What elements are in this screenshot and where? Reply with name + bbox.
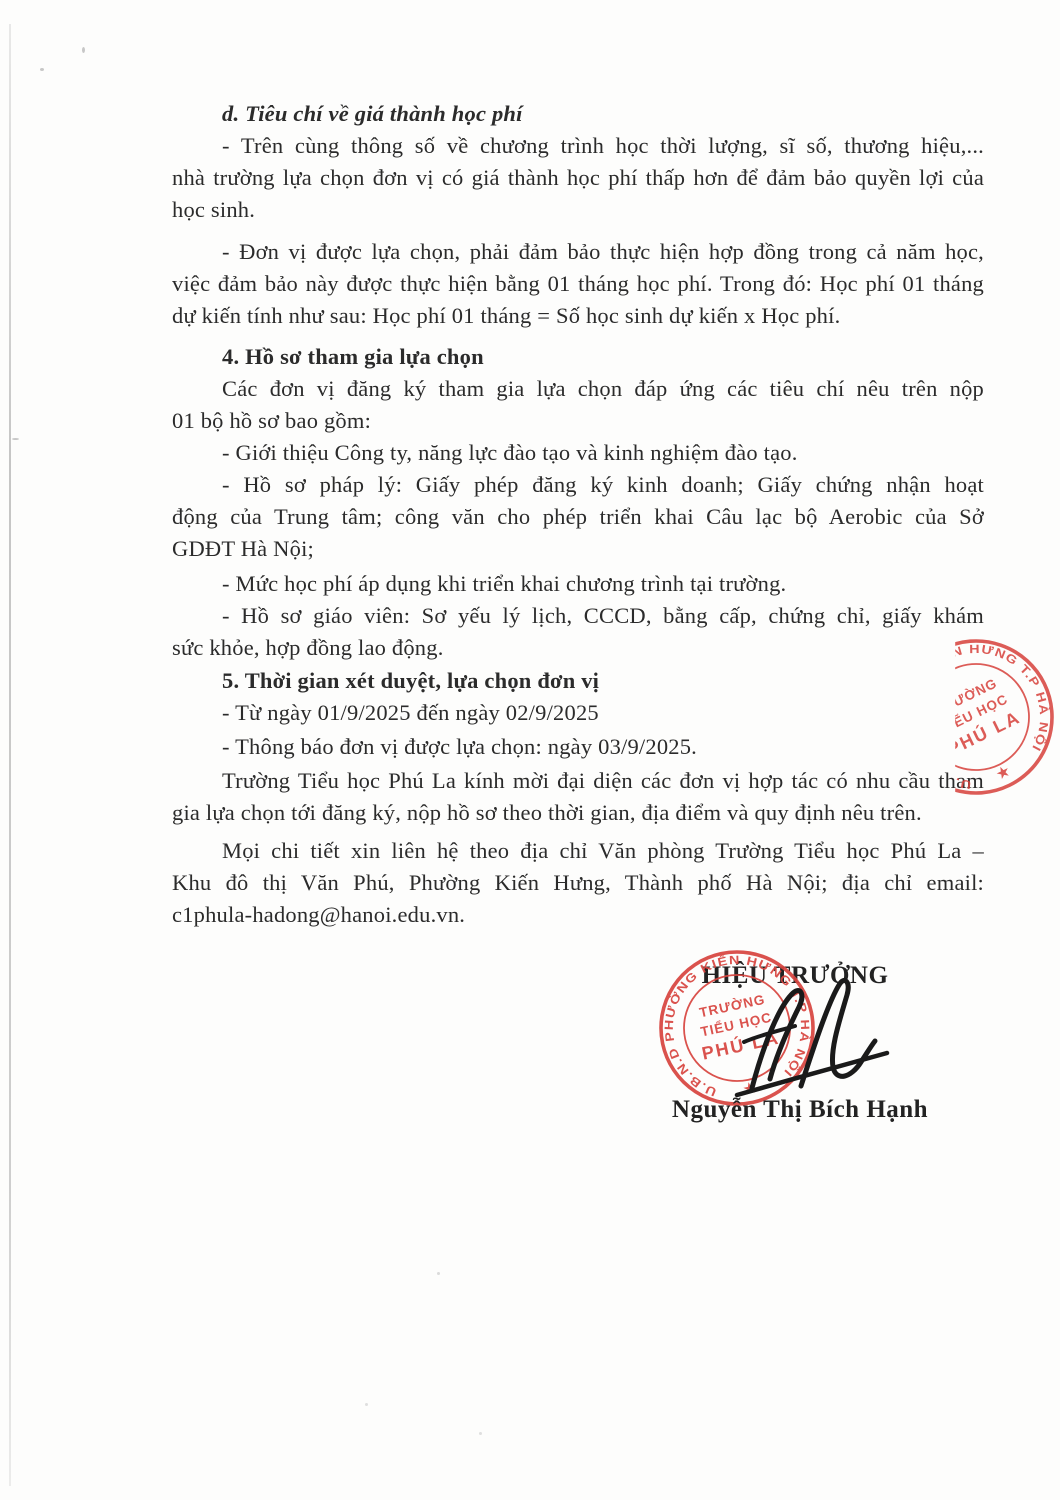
document-line: Các đơn vị đăng ký tham gia lựa chọn đáp… xyxy=(172,373,984,405)
document-line: - Từ ngày 01/9/2025 đến ngày 02/9/2025 xyxy=(172,697,984,729)
scan-speck xyxy=(437,1272,440,1275)
signer-name: Nguyễn Thị Bích Hạnh xyxy=(630,1096,970,1124)
document-line: - Mức học phí áp dụng khi triển khai chư… xyxy=(172,568,984,600)
scanned-document-page: d. Tiêu chí về giá thành học phí- Trên c… xyxy=(0,0,1060,1500)
document-line: việc đảm bảo này được thực hiện bằng 01 … xyxy=(172,268,984,300)
scan-edge-line xyxy=(9,24,11,1486)
scan-speck xyxy=(479,1432,482,1435)
document-line: - Đơn vị được lựa chọn, phải đảm bảo thự… xyxy=(172,236,984,268)
scan-speck xyxy=(82,47,85,53)
scan-speck xyxy=(365,1403,368,1406)
document-line: Mọi chi tiết xin liên hệ theo địa chỉ Vă… xyxy=(172,835,984,867)
document-line: sức khỏe, hợp đồng lao động. xyxy=(172,632,984,664)
document-line: 4. Hồ sơ tham gia lựa chọn xyxy=(172,341,984,373)
document-line: - Hồ sơ giáo viên: Sơ yếu lý lịch, CCCD,… xyxy=(172,600,984,632)
document-body: d. Tiêu chí về giá thành học phí- Trên c… xyxy=(172,98,984,931)
document-line: 5. Thời gian xét duyệt, lựa chọn đơn vị xyxy=(172,665,984,697)
document-line: động của Trung tâm; công văn cho phép tr… xyxy=(172,501,984,533)
document-line: gia lựa chọn tới đăng ký, nộp hồ sơ theo… xyxy=(172,797,984,829)
document-line: Trường Tiểu học Phú La kính mời đại diện… xyxy=(172,765,984,797)
document-line: - Trên cùng thông số về chương trình học… xyxy=(172,130,984,162)
document-line: Khu đô thị Văn Phú, Phường Kiến Hưng, Th… xyxy=(172,867,984,899)
document-line: học sinh. xyxy=(172,194,984,226)
document-line: - Thông báo đơn vị được lựa chọn: ngày 0… xyxy=(172,731,984,763)
document-line: dự kiến tính như sau: Học phí 01 tháng =… xyxy=(172,300,984,332)
scan-speck xyxy=(12,438,19,440)
document-line: nhà trường lựa chọn đơn vị có giá thành … xyxy=(172,162,984,194)
document-line: GDĐT Hà Nội; xyxy=(172,533,984,565)
handwritten-signature xyxy=(720,965,900,1105)
document-line: c1phula-hadong@hanoi.edu.vn. xyxy=(172,899,984,931)
document-line: - Giới thiệu Công ty, năng lực đào tạo v… xyxy=(172,437,984,469)
scan-speck xyxy=(40,68,44,71)
document-line: 01 bộ hồ sơ bao gồm: xyxy=(172,405,984,437)
document-line: - Hồ sơ pháp lý: Giấy phép đăng ký kinh … xyxy=(172,469,984,501)
document-line: d. Tiêu chí về giá thành học phí xyxy=(172,98,984,130)
